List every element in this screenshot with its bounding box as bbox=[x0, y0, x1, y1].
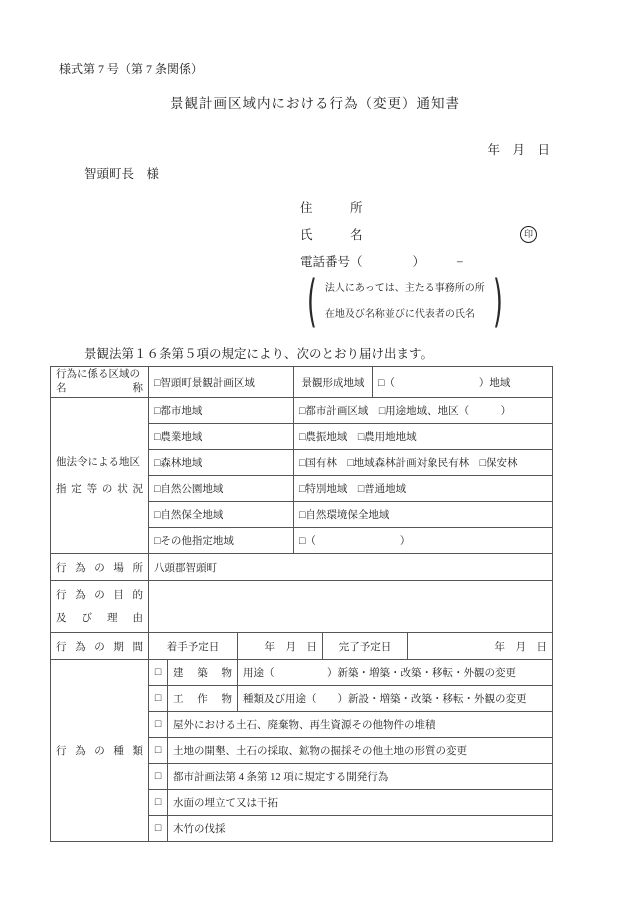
area-planning-zone-checkbox: □智頭町景観計画区域 bbox=[149, 367, 294, 398]
table-row-period: 行為の期間 着手予定日 年 月 日 完了予定日 年 月 日 bbox=[51, 633, 553, 660]
district-left: □自然公園地域 bbox=[149, 476, 294, 502]
type-desc: 用途（ ）新築・増築・改築・移転・外観の変更 bbox=[238, 660, 553, 686]
district-right: □（ ） bbox=[294, 528, 553, 554]
type-desc: 屋外における土石、廃棄物、再生資源その他物件の堆積 bbox=[168, 712, 553, 738]
type-desc: 種類及び用途（ ）新設・増築・改築・移転・外観の変更 bbox=[238, 686, 553, 712]
district-right: □自然環境保全地域 bbox=[294, 502, 553, 528]
period-end-label: 完了予定日 bbox=[323, 633, 408, 660]
district-right: □特別地域 □普通地域 bbox=[294, 476, 553, 502]
type-checkbox: □ bbox=[149, 738, 168, 764]
period-end-value: 年 月 日 bbox=[408, 633, 553, 660]
address-row: 住 所 bbox=[300, 195, 560, 222]
corporate-note: ( 法人にあっては、主たる事務所の所 在地及び名称並びに代表者の氏名 ) bbox=[301, 274, 509, 330]
date-line: 年 月 日 bbox=[487, 140, 550, 158]
type-checkbox: □ bbox=[149, 660, 168, 686]
corporate-note-text: 法人にあっては、主たる事務所の所 在地及び名称並びに代表者の氏名 bbox=[323, 276, 487, 328]
district-left: □自然保全地域 bbox=[149, 502, 294, 528]
type-checkbox: □ bbox=[149, 712, 168, 738]
type-name: 建築物 bbox=[168, 660, 238, 686]
area-name-label: 行為に係る区域の 名称 bbox=[51, 367, 149, 398]
table-row-district: 他法令による地区 指定等の状況 □都市地域 □都市計画区域 □用途地域、地区（ … bbox=[51, 398, 553, 424]
period-start-label: 着手予定日 bbox=[149, 633, 238, 660]
address-label: 住 所 bbox=[300, 201, 363, 215]
district-right: □都市計画区域 □用途地域、地区（ ） bbox=[294, 398, 553, 424]
district-left: □都市地域 bbox=[149, 398, 294, 424]
period-label: 行為の期間 bbox=[51, 633, 149, 660]
type-name: 工作物 bbox=[168, 686, 238, 712]
corporate-note-line2: 在地及び名称並びに代表者の氏名 bbox=[325, 302, 485, 328]
type-checkbox: □ bbox=[149, 764, 168, 790]
table-row-type: 行為の種類 □ 建築物 用途（ ）新築・増築・改築・移転・外観の変更 bbox=[51, 660, 553, 686]
place-value: 八頭郡智頭町 bbox=[149, 554, 553, 581]
purpose-value bbox=[149, 581, 553, 633]
district-left: □農業地域 bbox=[149, 424, 294, 450]
type-desc: 土地の開墾、土石の採取、鉱物の掘採その他土地の形質の変更 bbox=[168, 738, 553, 764]
corporate-note-line1: 法人にあっては、主たる事務所の所 bbox=[325, 276, 485, 302]
type-checkbox: □ bbox=[149, 686, 168, 712]
area-zone-blank: □（ ）地域 bbox=[373, 367, 553, 398]
table-row-area: 行為に係る区域の 名称 □智頭町景観計画区域 景観形成地域 □（ ）地域 bbox=[51, 367, 553, 398]
table-row-purpose: 行為の目的 及び理由 bbox=[51, 581, 553, 633]
seal-icon: 印 bbox=[520, 226, 537, 243]
district-left: □その他指定地域 bbox=[149, 528, 294, 554]
landscape-formation-label: 景観形成地域 bbox=[294, 367, 373, 398]
purpose-label: 行為の目的 及び理由 bbox=[51, 581, 149, 633]
district-left: □森林地域 bbox=[149, 450, 294, 476]
place-label: 行為の場所 bbox=[51, 554, 149, 581]
district-right: □国有林 □地域森林計画対象民有林 □保安林 bbox=[294, 450, 553, 476]
type-desc: 都市計画法第 4 条第 12 項に規定する開発行為 bbox=[168, 764, 553, 790]
open-paren-icon: ( bbox=[307, 274, 317, 330]
name-row: 氏 名 印 bbox=[300, 222, 560, 249]
type-checkbox: □ bbox=[149, 790, 168, 816]
district-right: □農振地域 □農用地地域 bbox=[294, 424, 553, 450]
period-start-value: 年 月 日 bbox=[238, 633, 323, 660]
addressee: 智頭町長 様 bbox=[84, 164, 159, 182]
phone-row: 電話番号（ ） − bbox=[300, 249, 560, 276]
applicant-block: 住 所 氏 名 印 電話番号（ ） − bbox=[300, 195, 560, 276]
phone-label: 電話番号（ ） − bbox=[300, 255, 463, 269]
declaration-sentence: 景観法第１６条第５項の規定により、次のとおり届け出ます。 bbox=[84, 344, 433, 362]
types-label: 行為の種類 bbox=[51, 660, 149, 842]
page-title: 景観計画区域内における行為（変更）通知書 bbox=[0, 92, 630, 112]
table-row-place: 行為の場所 八頭郡智頭町 bbox=[51, 554, 553, 581]
districts-label: 他法令による地区 指定等の状況 bbox=[51, 398, 149, 554]
notification-form-table: 行為に係る区域の 名称 □智頭町景観計画区域 景観形成地域 □（ ）地域 他法令… bbox=[50, 366, 553, 842]
name-label: 氏 名 bbox=[300, 228, 363, 242]
form-number: 様式第 7 号（第 7 条関係） bbox=[59, 60, 203, 77]
document-page: 様式第 7 号（第 7 条関係） 景観計画区域内における行為（変更）通知書 年 … bbox=[0, 0, 630, 903]
close-paren-icon: ) bbox=[493, 274, 503, 330]
type-desc: 木竹の伐採 bbox=[168, 816, 553, 842]
type-checkbox: □ bbox=[149, 816, 168, 842]
type-desc: 水面の埋立て又は干拓 bbox=[168, 790, 553, 816]
